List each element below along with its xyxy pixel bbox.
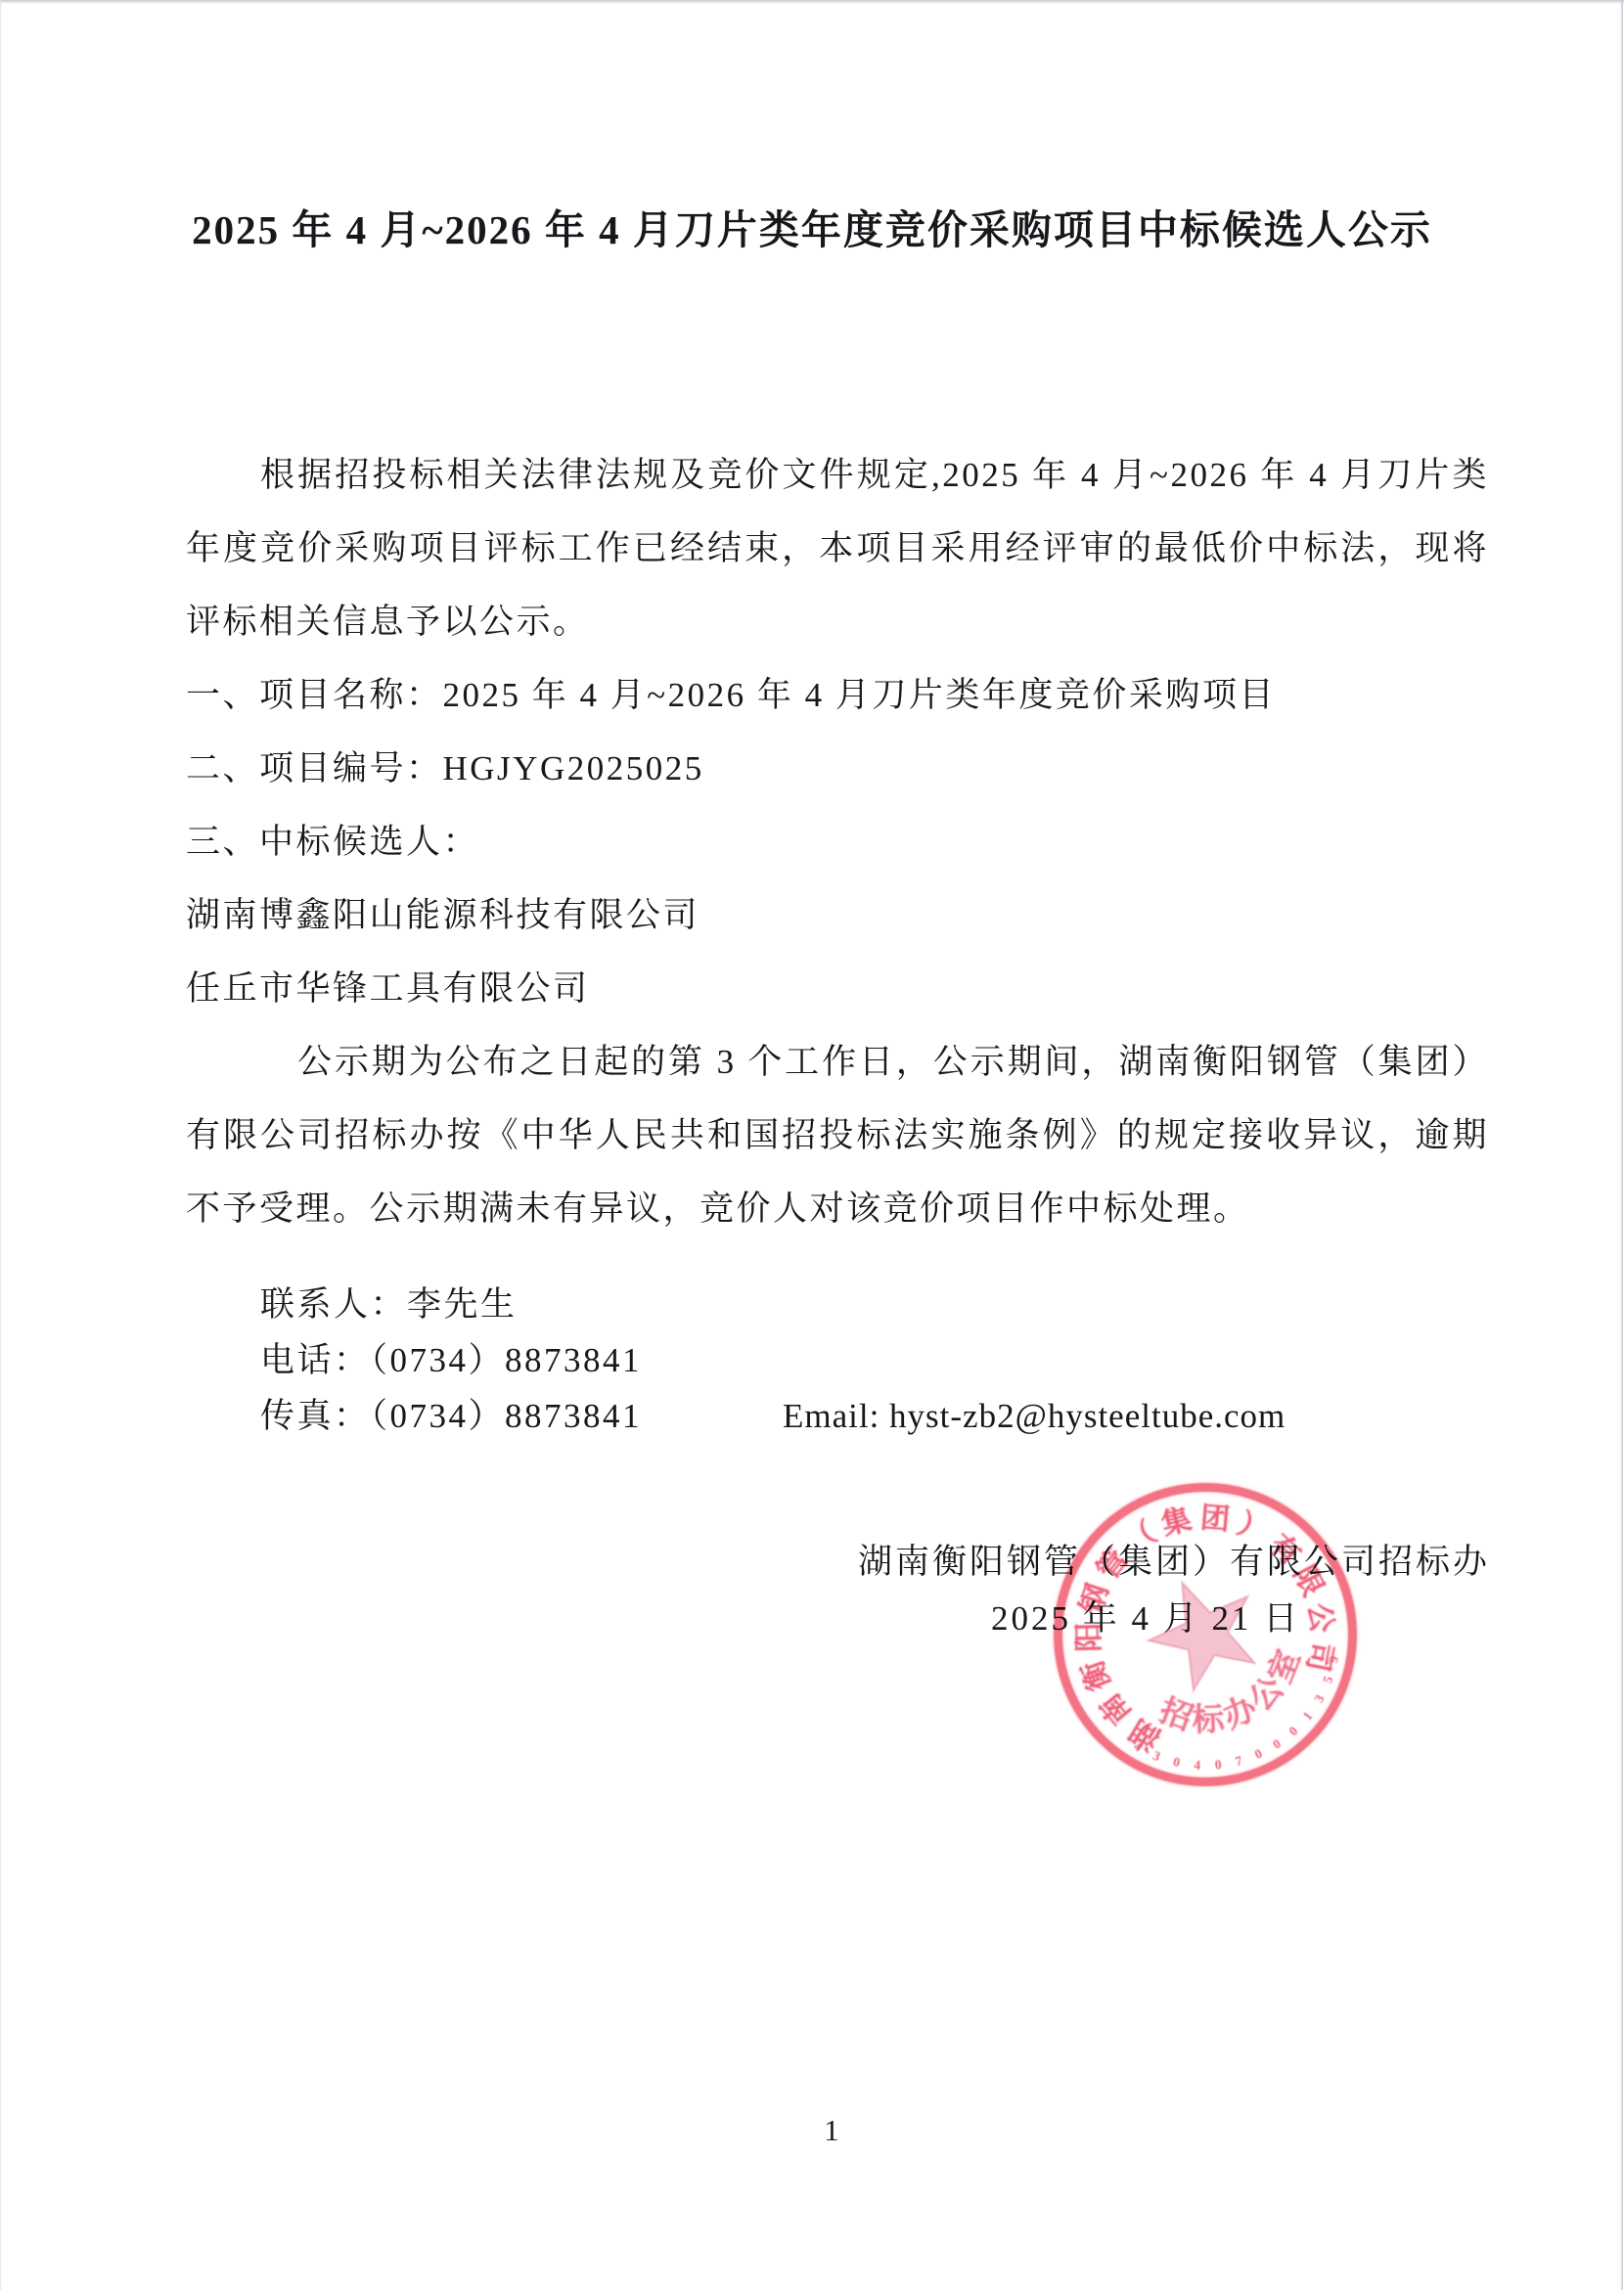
contact-fax-email-row: 传真：（0734）8873841Email: hyst-zb2@hysteelt…: [260, 1388, 1489, 1444]
document-content: 根据招投标相关法律法规及竞价文件规定,2025 年 4 月~2026 年 4 月…: [0, 438, 1624, 1647]
candidate-company-1: 湖南博鑫阳山能源科技有限公司: [186, 878, 1489, 952]
scan-edge-left: [0, 0, 2, 2290]
signature-block: 湖南衡阳钢管（集团）有限公司招标办 2025 年 4 月 21 日: [186, 1534, 1489, 1647]
scan-edge-top: [0, 0, 1624, 4]
document-title: 2025 年 4 月~2026 年 4 月刀片类年度竞价采购项目中标候选人公示: [59, 207, 1565, 252]
contact-block: 联系人：李先生 电话：（0734）8873841 传真：（0734）887384…: [260, 1277, 1489, 1444]
page-number: 1: [0, 2113, 1624, 2148]
signature-organization: 湖南衡阳钢管（集团）有限公司招标办: [858, 1534, 1489, 1591]
contact-phone: 电话：（0734）8873841: [260, 1332, 1489, 1388]
body-text: 根据招投标相关法律法规及竞价文件规定,2025 年 4 月~2026 年 4 月…: [186, 438, 1489, 1245]
contact-fax: 传真：（0734）8873841: [260, 1388, 783, 1444]
document-page: 2025 年 4 月~2026 年 4 月刀片类年度竞价采购项目中标候选人公示 …: [0, 0, 1624, 2290]
scan-edge-right: [1620, 0, 1623, 2290]
paragraph-closing: 公示期为公布之日起的第 3 个工作日，公示期间，湖南衡阳钢管（集团）有限公司招标…: [186, 1025, 1489, 1245]
paragraph-project-number: 二、项目编号：HGJYG2025025: [186, 732, 1489, 805]
signature-date: 2025 年 4 月 21 日: [991, 1591, 1489, 1647]
paragraph-project-name: 一、项目名称：2025 年 4 月~2026 年 4 月刀片类年度竞价采购项目: [186, 658, 1489, 732]
contact-email: Email: hyst-zb2@hysteeltube.com: [783, 1397, 1286, 1435]
contact-person: 联系人：李先生: [260, 1277, 1489, 1332]
paragraph-candidates-heading: 三、中标候选人：: [186, 805, 1489, 878]
paragraph-intro: 根据招投标相关法律法规及竞价文件规定,2025 年 4 月~2026 年 4 月…: [186, 438, 1489, 658]
candidate-company-2: 任丘市华锋工具有限公司: [186, 952, 1489, 1025]
